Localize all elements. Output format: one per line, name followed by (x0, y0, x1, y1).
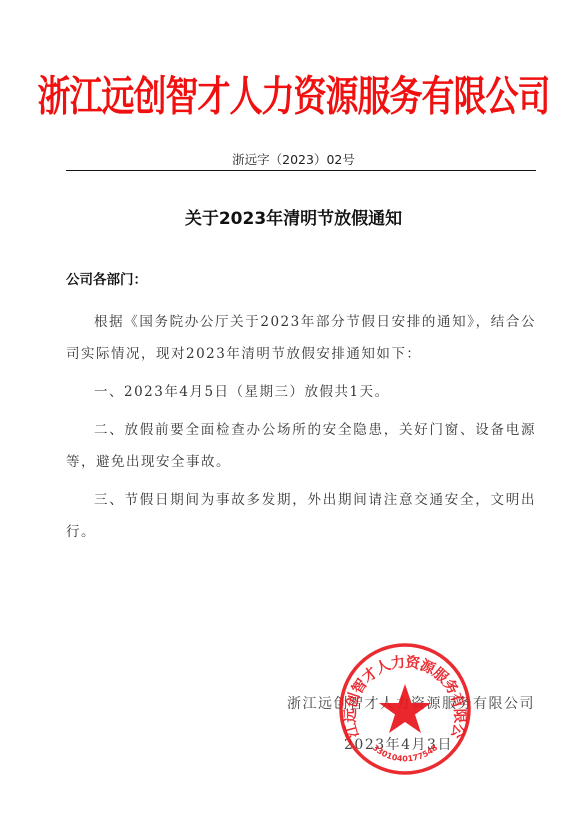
company-seal: 浙江远创智才人力资源服务有限公司 3301040177548 (338, 642, 472, 776)
paragraph-item-3: 三、节假日期间为事故多发期，外出期间请注意交通安全，文明出行。 (66, 484, 536, 548)
salutation: 公司各部门： (66, 268, 147, 288)
svg-text:3301040177548: 3301040177548 (371, 743, 440, 764)
document-number: 浙远字（2023）02号 (0, 150, 587, 168)
paragraph-item-2: 二、放假前要全面检查办公场所的安全隐患，关好门窗、设备电源等，避免出现安全事故。 (66, 414, 536, 478)
paragraph-item-1: 一、2023年4月5日（星期三）放假共1天。 (66, 376, 536, 408)
letterhead-company-name: 浙江远创智才人力资源服务有限公司 (0, 64, 587, 123)
paragraph-intro: 根据《国务院办公厅关于2023年部分节假日安排的通知》，结合公司实际情况，现对2… (66, 306, 536, 370)
star-icon (379, 684, 431, 733)
header-divider (66, 170, 536, 171)
seal-code: 3301040177548 (371, 743, 440, 764)
notice-title: 关于2023年清明节放假通知 (0, 204, 587, 229)
